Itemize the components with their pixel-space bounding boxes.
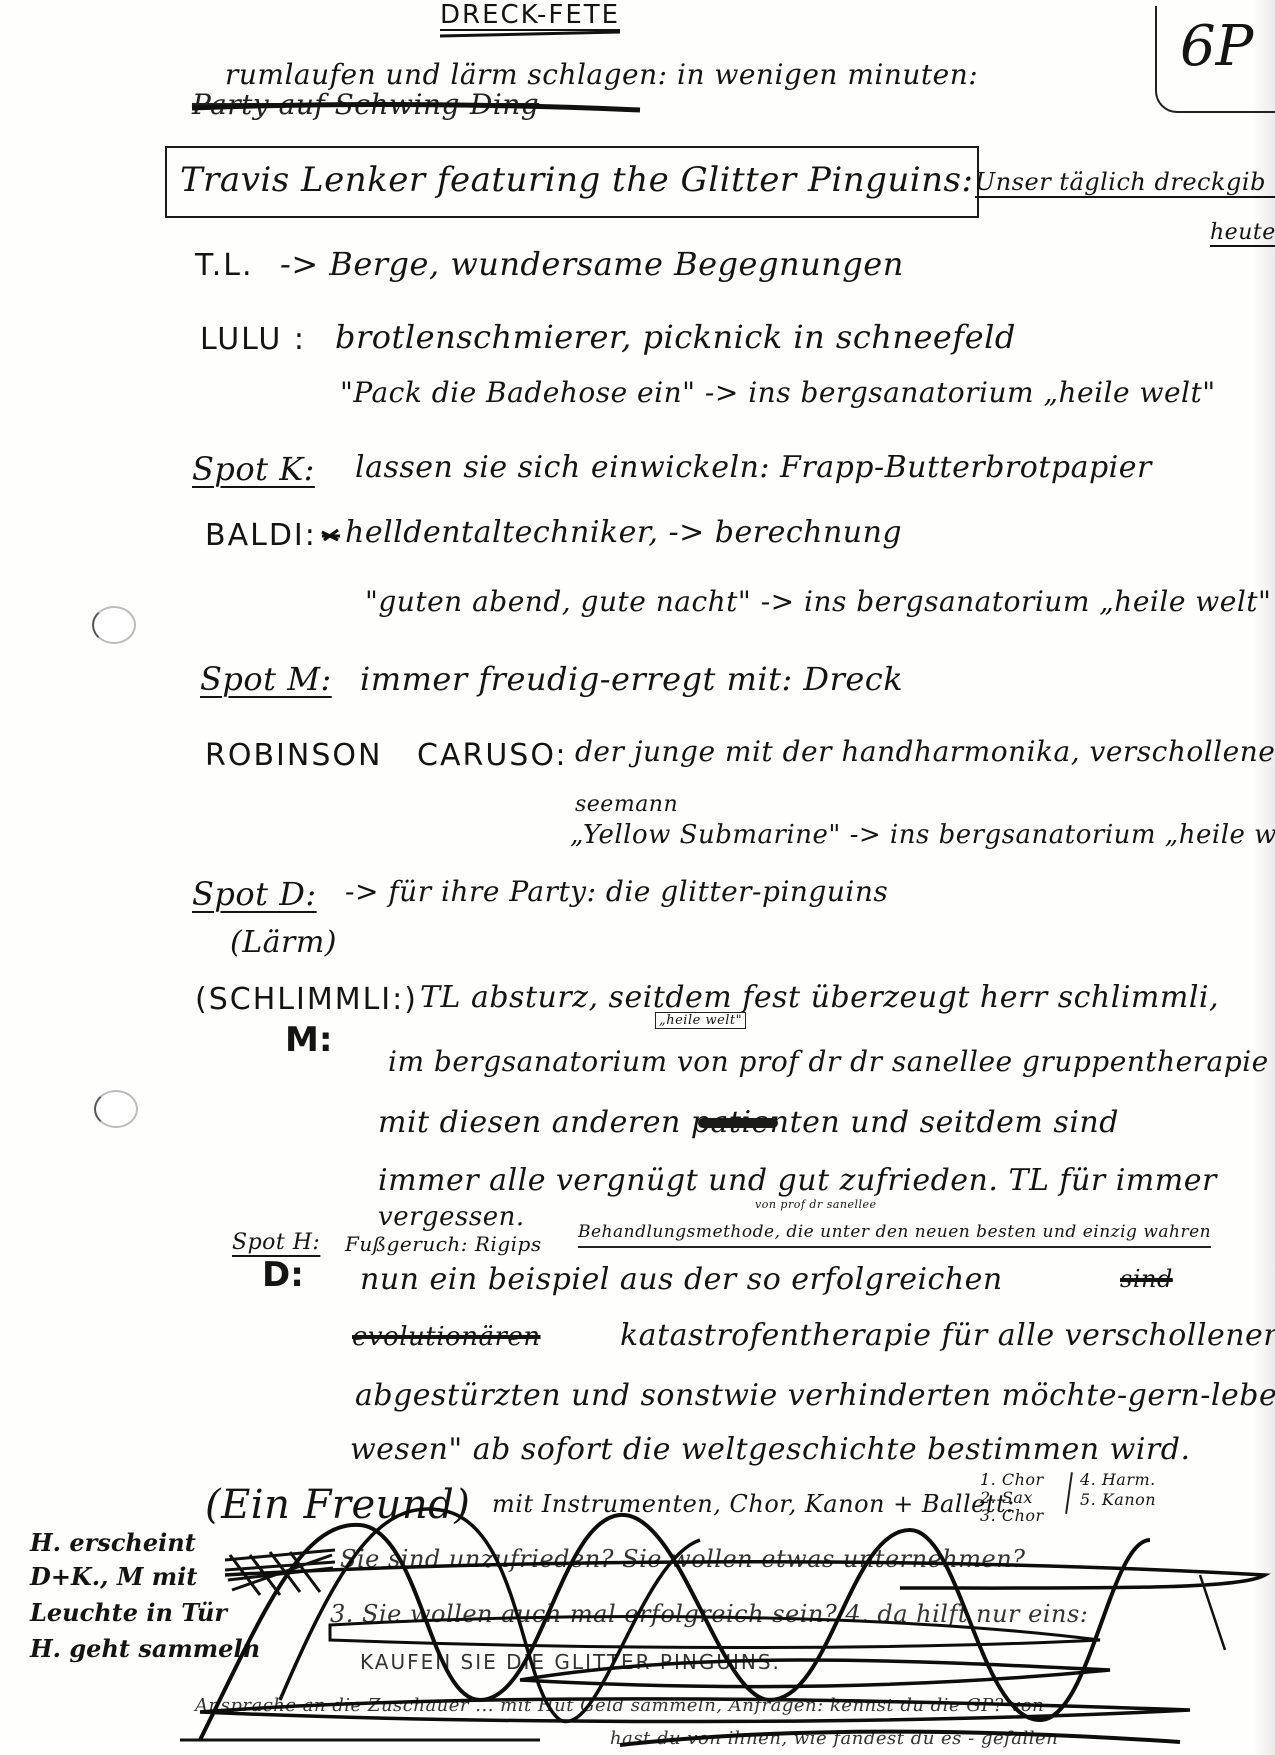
list-divider [1065,1472,1073,1514]
page-title: DRECK-FETE [440,0,620,30]
ein-freund-list-b-1: 4. Harm. [1080,1470,1156,1489]
crossed-line-5: hast du von ihnen, wie fandest du es - g… [610,1728,1058,1749]
speaker-marker-d: D: [262,1255,304,1295]
entry-label-tl: T.L. [195,248,254,283]
page-edge-shadow [1253,0,1275,1755]
ein-freund-text: mit Instrumenten, Chor, Kanon + Ballett: [492,1490,1015,1518]
header-line: rumlaufen und lärm schlagen: in wenigen … [225,58,978,91]
entry-text-baldi-song: "guten abend, gute nacht" -> ins bergsan… [365,585,1271,618]
entry-text-vergnuegt: immer alle vergnügt und gut zufrieden. T… [378,1163,1217,1198]
crossed-line-4: Ansprache an die Zuschauer ... mit Hut G… [195,1695,1044,1716]
entry-label-spot-d: Spot D: [192,875,317,913]
crossed-line-1: Sie sind unzufrieden? Sie wollen etwas u… [340,1545,1026,1573]
entry-label-lulu: LULU : [200,322,306,357]
entry-text-robinson-song: „Yellow Submarine" -> ins bergsanatorium… [570,820,1275,850]
punch-hole-bottom [94,1090,138,1128]
entry-label-spot-h: Spot H: [232,1230,320,1255]
struck-word-sind: sind [1120,1265,1173,1293]
entry-text-fussgeruch: Fußgeruch: Rigips [345,1232,542,1256]
ein-freund-list-a-2: 2. Sax [980,1488,1033,1507]
ein-freund-list-b-2: 5. Kanon [1080,1490,1156,1509]
speaker-marker-m: M: [285,1020,332,1060]
manuscript-page: 6P DRECK-FETE rumlaufen und lärm schlage… [0,0,1275,1755]
entry-text-seemann: seemann [575,792,678,817]
entry-label-laerm: (Lärm) [230,925,337,960]
boxed-title-continuation-2: heute [1210,220,1275,245]
entry-text-baldi: helldentaltechniker, -> berechnung [345,515,902,550]
entry-text-bergsanatorium: im bergsanatorium von prof dr dr sanelle… [388,1045,1269,1078]
margin-note-3: Leuchte in Tür [30,1598,227,1628]
entry-text-schlimmli: TL absturz, seitdem fest überzeugt herr … [420,980,1219,1015]
ein-freund-label: (Ein Freund) [205,1482,470,1528]
insertion-prof: von prof dr sanellee [755,1198,877,1211]
entry-text-spot-k: lassen sie sich einwickeln: Frapp-Butter… [355,450,1152,485]
entry-label-baldi: BALDI: [205,518,317,553]
insertion-behandlung: Behandlungsmethode, die unter den neuen … [578,1222,1211,1248]
ein-freund-list-a-3: 3. Chor [980,1506,1044,1525]
entry-text-spot-m: immer freudig-erregt mit: Dreck [360,660,903,698]
entry-label-schlimmli: (SCHLIMMLI:) [195,982,418,1017]
entry-label-robinson-caruso: ROBINSON CARUSO: [205,738,568,773]
entry-text-lulu: brotlenschmierer, picknick in schneefeld [335,318,1016,356]
entry-text-robinson-caruso: der junge mit der handharmonika, verscho… [575,735,1275,768]
struck-word-scribble-1 [698,1118,778,1128]
margin-note-2: D+K., M mit [30,1562,197,1592]
punch-hole-top [92,606,136,644]
entry-text-tl: -> Berge, wundersame Begegnungen [280,245,904,283]
header-struck-text: Party auf Schwing-Ding [192,88,539,121]
struck-word-evolution: evolutionären [352,1322,541,1352]
entry-text-abgestuerzten: abgestürzten und sonstwie verhinderten m… [355,1378,1275,1413]
boxed-title: Travis Lenker featuring the Glitter Ping… [180,160,973,200]
margin-note-4: H. geht sammeln [30,1634,260,1664]
ein-freund-list-a-1: 1. Chor [980,1470,1044,1489]
crossed-line-2: 3. Sie wollen auch mal erfolgreich sein?… [330,1600,1088,1628]
entry-text-beispiel: nun ein beispiel aus der so erfolgreiche… [360,1262,1003,1297]
margin-note-1: H. erscheint [30,1528,196,1558]
entry-text-vergessen: vergessen. [378,1202,525,1232]
entry-label-spot-k: Spot K: [192,450,315,488]
entry-text-spot-d: -> für ihre Party: die glitter-pinguins [345,875,888,908]
boxed-title-continuation: Unser täglich dreckgib uns [975,168,1275,196]
entry-text-lulu-song: "Pack die Badehose ein" -> ins bergsanat… [340,376,1216,409]
insertion-heile-welt: „heile welt" [655,1012,746,1029]
page-number: 6P [1180,14,1253,79]
entry-text-katastrofentherapie: katastrofentherapie für alle verschollen… [620,1318,1275,1353]
entry-text-weltgeschichte: wesen" ab sofort die weltgeschichte best… [350,1432,1191,1467]
crossed-line-3: KAUFEN SIE DIE GLITTER PINGUINS. [360,1650,781,1674]
entry-label-spot-m: Spot M: [200,660,332,698]
